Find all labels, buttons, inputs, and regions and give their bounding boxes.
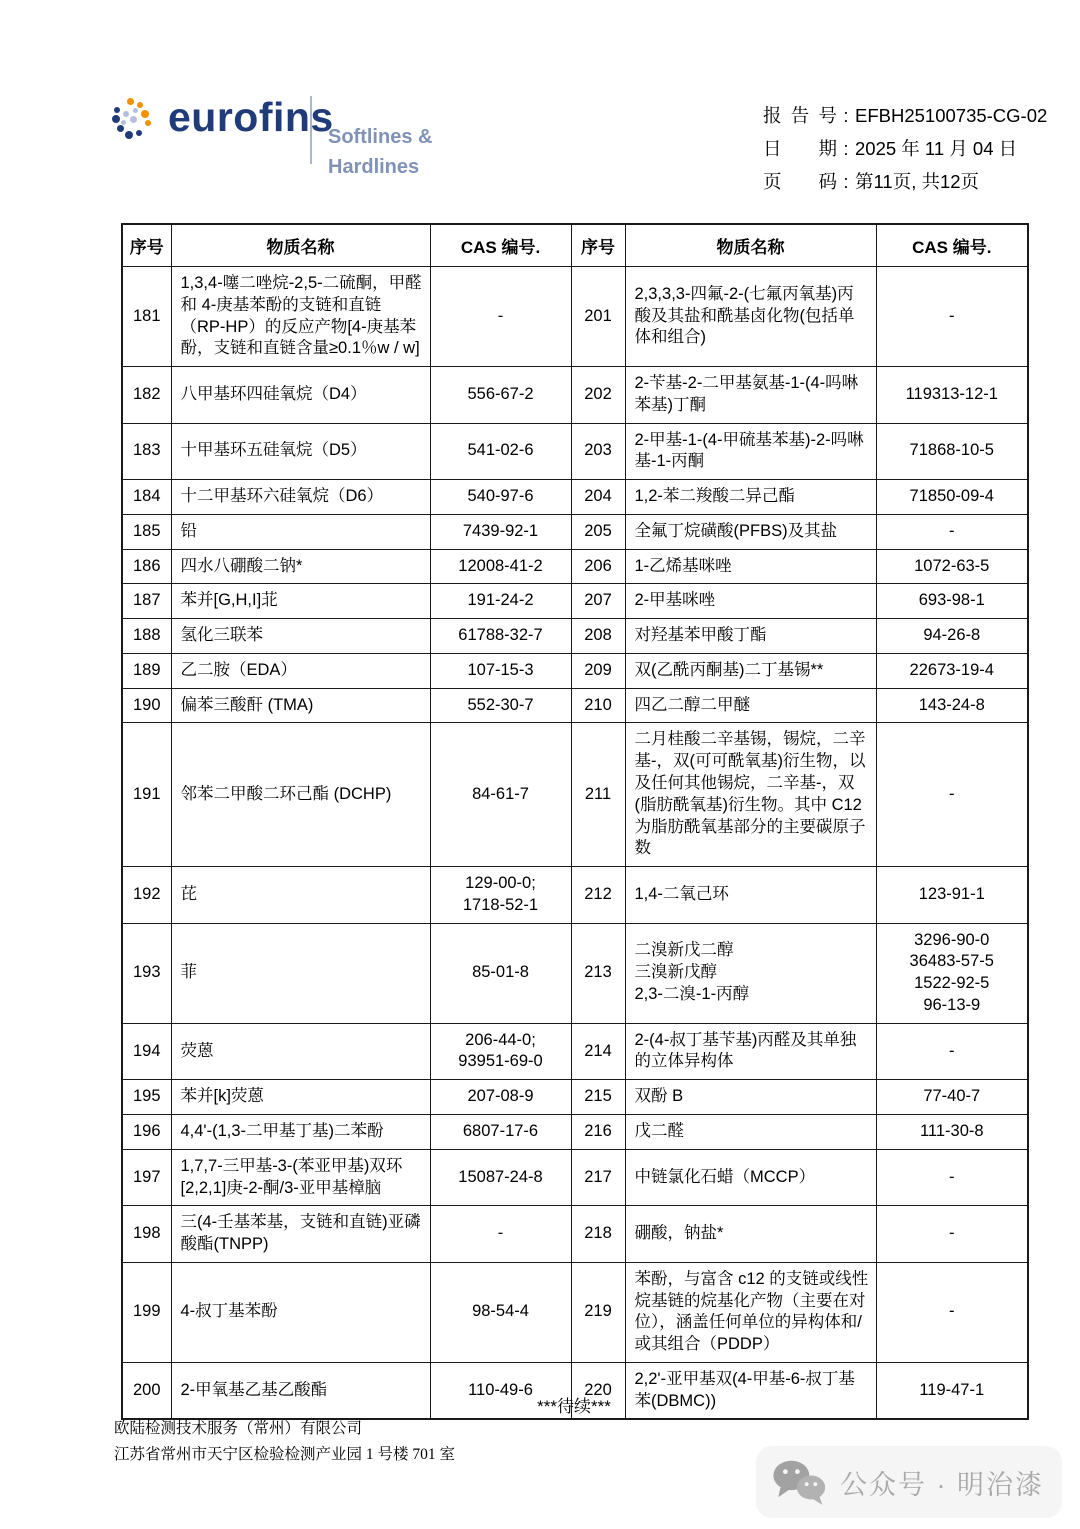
substance-name-cell: 二溴新戊二醇 三溴新戊醇 2,3-二溴-1-丙醇 [625, 923, 876, 1023]
cas-cell: 71850-09-4 [876, 480, 1028, 515]
substance-name-cell: 四乙二醇二甲醚 [625, 688, 876, 723]
cas-cell: 3296-90-0 36483-57-5 1522-92-5 96-13-9 [876, 923, 1028, 1023]
seq-cell: 189 [122, 653, 171, 688]
table-row: 181 1,3,4-噻二唑烷-2,5-二硫酮，甲醛和 4-庚基苯酚的支链和直链（… [122, 267, 1028, 367]
report-no-value: EFBH25100735-CG-02 [855, 103, 1047, 129]
cas-cell: 107-15-3 [430, 653, 571, 688]
seq-cell: 215 [571, 1080, 625, 1115]
table-row: 196 4,4'-(1,3-二甲基丁基)二苯酚 6807-17-6 216 戊二… [122, 1114, 1028, 1149]
substance-name-cell: 1,4-二氧己环 [625, 867, 876, 924]
cas-cell: 94-26-8 [876, 619, 1028, 654]
col-header-name-left: 物质名称 [171, 224, 430, 267]
cas-cell: 119313-12-1 [876, 367, 1028, 424]
table-row: 198 三(4-壬基苯基，支链和直链)亚磷酸酯(TNPP) - 218 硼酸，钠… [122, 1206, 1028, 1263]
table-row: 199 4-叔丁基苯酚 98-54-4 219 苯酚，与富含 c12 的支链或线… [122, 1262, 1028, 1362]
cas-cell: 6807-17-6 [430, 1114, 571, 1149]
seq-cell: 188 [122, 619, 171, 654]
substance-name-cell: 邻苯二甲酸二环己酯 (DCHP) [171, 723, 430, 867]
table-row: 194 荧蒽 206-44-0; 93951-69-0 214 2-(4-叔丁基… [122, 1023, 1028, 1080]
substance-name-cell: 4-叔丁基苯酚 [171, 1262, 430, 1362]
col-header-cas-left: CAS 编号. [430, 224, 571, 267]
cas-cell: 540-97-6 [430, 480, 571, 515]
table-row: 186 四水八硼酸二钠* 12008-41-2 206 1-乙烯基咪唑 1072… [122, 549, 1028, 584]
seq-cell: 212 [571, 867, 625, 924]
cas-cell: - [876, 514, 1028, 549]
cas-cell: 541-02-6 [430, 423, 571, 480]
col-header-name-right: 物质名称 [625, 224, 876, 267]
colon: : [837, 169, 855, 195]
substance-name-cell: 乙二胺（EDA） [171, 653, 430, 688]
report-info: 报告号 : EFBH25100735-CG-02 日期 : 2025 年 11 … [763, 103, 1047, 202]
seq-cell: 195 [122, 1080, 171, 1115]
table-row: 184 十二甲基环六硅氧烷（D6） 540-97-6 204 1,2-苯二羧酸二… [122, 480, 1028, 515]
table-row: 191 邻苯二甲酸二环己酯 (DCHP) 84-61-7 211 二月桂酸二辛基… [122, 723, 1028, 867]
seq-cell: 186 [122, 549, 171, 584]
seq-cell: 209 [571, 653, 625, 688]
cas-cell: 693-98-1 [876, 584, 1028, 619]
seq-cell: 198 [122, 1206, 171, 1263]
substance-name-cell: 十甲基环五硅氧烷（D5） [171, 423, 430, 480]
cas-cell: 12008-41-2 [430, 549, 571, 584]
seq-cell: 201 [571, 267, 625, 367]
substance-name-cell: 1,3,4-噻二唑烷-2,5-二硫酮，甲醛和 4-庚基苯酚的支链和直链（RP-H… [171, 267, 430, 367]
substance-name-cell: 对羟基苯甲酸丁酯 [625, 619, 876, 654]
cas-cell: 206-44-0; 93951-69-0 [430, 1023, 571, 1080]
substance-name-cell: 双酚 B [625, 1080, 876, 1115]
table-row: 193 菲 85-01-8 213 二溴新戊二醇 三溴新戊醇 2,3-二溴-1-… [122, 923, 1028, 1023]
cas-cell: 552-30-7 [430, 688, 571, 723]
cas-cell: - [430, 1206, 571, 1263]
seq-cell: 191 [122, 723, 171, 867]
logo-divider [310, 96, 312, 164]
cas-cell: 7439-92-1 [430, 514, 571, 549]
substance-name-cell: 十二甲基环六硅氧烷（D6） [171, 480, 430, 515]
page-row: 页码 : 第11页, 共12页 [763, 169, 1047, 195]
seq-cell: 194 [122, 1023, 171, 1080]
cas-cell: 129-00-0; 1718-52-1 [430, 867, 571, 924]
logo-division-label: Softlines & Hardlines [328, 122, 432, 182]
substance-name-cell: 中链氯化石蜡（MCCP） [625, 1149, 876, 1206]
substance-name-cell: 全氟丁烷磺酸(PFBS)及其盐 [625, 514, 876, 549]
substance-name-cell: 双(乙酰丙酮基)二丁基锡** [625, 653, 876, 688]
cas-cell: 98-54-4 [430, 1262, 571, 1362]
cas-cell: - [876, 267, 1028, 367]
substance-name-cell: 硼酸，钠盐* [625, 1206, 876, 1263]
seq-cell: 206 [571, 549, 625, 584]
seq-cell: 202 [571, 367, 625, 424]
seq-cell: 217 [571, 1149, 625, 1206]
colon: : [837, 136, 855, 162]
cas-cell: 143-24-8 [876, 688, 1028, 723]
table-row: 195 苯并[k]荧蒽 207-08-9 215 双酚 B 77-40-7 [122, 1080, 1028, 1115]
to-be-continued-note: ***待续*** [121, 1392, 1027, 1417]
cas-cell: 15087-24-8 [430, 1149, 571, 1206]
seq-cell: 183 [122, 423, 171, 480]
col-header-seq-left: 序号 [122, 224, 171, 267]
seq-cell: 205 [571, 514, 625, 549]
substance-name-cell: 苯酚，与富含 c12 的支链或线性烷基链的烷基化产物（主要在对位），涵盖任何单位… [625, 1262, 876, 1362]
substance-name-cell: 2-甲基咪唑 [625, 584, 876, 619]
wechat-watermark: 公众号 · 明治漆 [756, 1446, 1062, 1518]
colon: : [837, 103, 855, 129]
seq-cell: 214 [571, 1023, 625, 1080]
substance-name-cell: 四水八硼酸二钠* [171, 549, 430, 584]
seq-cell: 213 [571, 923, 625, 1023]
cas-cell: - [876, 723, 1028, 867]
table-row: 192 芘 129-00-0; 1718-52-1 212 1,4-二氧己环 1… [122, 867, 1028, 924]
page-label: 页码 [763, 169, 837, 195]
substance-name-cell: 菲 [171, 923, 430, 1023]
substance-name-cell: 2-苄基-2-二甲基氨基-1-(4-吗啉苯基)丁酮 [625, 367, 876, 424]
substance-name-cell: 1,7,7-三甲基-3-(苯亚甲基)双环[2,2,1]庚-2-酮/3-亚甲基樟脑 [171, 1149, 430, 1206]
footer-company-address: 江苏省常州市天宁区检验检测产业园 1 号楼 701 室 [114, 1442, 455, 1464]
seq-cell: 211 [571, 723, 625, 867]
report-no-label: 报告号 [763, 103, 837, 129]
seq-cell: 219 [571, 1262, 625, 1362]
seq-cell: 210 [571, 688, 625, 723]
seq-cell: 197 [122, 1149, 171, 1206]
seq-cell: 196 [122, 1114, 171, 1149]
substance-name-cell: 2,3,3,3-四氟-2-(七氟丙氧基)丙酸及其盐和酰基卤化物(包括单体和组合) [625, 267, 876, 367]
cas-cell: 1072-63-5 [876, 549, 1028, 584]
seq-cell: 184 [122, 480, 171, 515]
table-row: 189 乙二胺（EDA） 107-15-3 209 双(乙酰丙酮基)二丁基锡**… [122, 653, 1028, 688]
footer-company-name: 欧陆检测技术服务（常州）有限公司 [114, 1416, 362, 1438]
substance-name-cell: 2-甲基-1-(4-甲硫基苯基)-2-吗啉基-1-丙酮 [625, 423, 876, 480]
cas-cell: 22673-19-4 [876, 653, 1028, 688]
cas-cell: - [430, 267, 571, 367]
substance-name-cell: 芘 [171, 867, 430, 924]
cas-cell: 71868-10-5 [876, 423, 1028, 480]
seq-cell: 203 [571, 423, 625, 480]
substance-name-cell: 戊二醛 [625, 1114, 876, 1149]
substance-name-cell: 2-(4-叔丁基苄基)丙醛及其单独的立体异构体 [625, 1023, 876, 1080]
table-row: 183 十甲基环五硅氧烷（D5） 541-02-6 203 2-甲基-1-(4-… [122, 423, 1028, 480]
table-row: 188 氢化三联苯 61788-32-7 208 对羟基苯甲酸丁酯 94-26-… [122, 619, 1028, 654]
cas-cell: - [876, 1206, 1028, 1263]
cas-cell: 556-67-2 [430, 367, 571, 424]
seq-cell: 181 [122, 267, 171, 367]
cas-cell: 123-91-1 [876, 867, 1028, 924]
logo-wordmark: eurofins [168, 94, 334, 141]
cas-cell: 85-01-8 [430, 923, 571, 1023]
substance-rows: 181 1,3,4-噻二唑烷-2,5-二硫酮，甲醛和 4-庚基苯酚的支链和直链（… [122, 267, 1028, 1420]
seq-cell: 218 [571, 1206, 625, 1263]
table-row: 187 苯并[G,H,I]苝 191-24-2 207 2-甲基咪唑 693-9… [122, 584, 1028, 619]
substance-name-cell: 八甲基环四硅氧烷（D4） [171, 367, 430, 424]
col-header-cas-right: CAS 编号. [876, 224, 1028, 267]
seq-cell: 193 [122, 923, 171, 1023]
seq-cell: 204 [571, 480, 625, 515]
watermark-text: 公众号 · 明治漆 [840, 1463, 1044, 1502]
seq-cell: 190 [122, 688, 171, 723]
cas-cell: 191-24-2 [430, 584, 571, 619]
substance-name-cell: 二月桂酸二辛基锡，锡烷，二辛基-，双(可可酰氧基)衍生物，以及任何其他锡烷，二辛… [625, 723, 876, 867]
substance-name-cell: 铅 [171, 514, 430, 549]
table-row: 190 偏苯三酸酐 (TMA) 552-30-7 210 四乙二醇二甲醚 143… [122, 688, 1028, 723]
substance-name-cell: 荧蒽 [171, 1023, 430, 1080]
seq-cell: 199 [122, 1262, 171, 1362]
table-row: 197 1,7,7-三甲基-3-(苯亚甲基)双环[2,2,1]庚-2-酮/3-亚… [122, 1149, 1028, 1206]
cas-cell: - [876, 1023, 1028, 1080]
cas-cell: - [876, 1149, 1028, 1206]
substance-name-cell: 三(4-壬基苯基，支链和直链)亚磷酸酯(TNPP) [171, 1206, 430, 1263]
date-value: 2025 年 11 月 04 日 [855, 136, 1017, 162]
cas-cell: 111-30-8 [876, 1114, 1028, 1149]
substance-name-cell: 苯并[G,H,I]苝 [171, 584, 430, 619]
seq-cell: 216 [571, 1114, 625, 1149]
substance-name-cell: 1-乙烯基咪唑 [625, 549, 876, 584]
substance-name-cell: 偏苯三酸酐 (TMA) [171, 688, 430, 723]
report-page: eurofins Softlines & Hardlines 报告号 : EFB… [0, 0, 1080, 1529]
date-row: 日期 : 2025 年 11 月 04 日 [763, 136, 1047, 162]
substance-name-cell: 氢化三联苯 [171, 619, 430, 654]
table-row: 182 八甲基环四硅氧烷（D4） 556-67-2 202 2-苄基-2-二甲基… [122, 367, 1028, 424]
cas-cell: - [876, 1262, 1028, 1362]
col-header-seq-right: 序号 [571, 224, 625, 267]
seq-cell: 192 [122, 867, 171, 924]
seq-cell: 208 [571, 619, 625, 654]
page-value: 第11页, 共12页 [855, 169, 979, 195]
table-header-row: 序号 物质名称 CAS 编号. 序号 物质名称 CAS 编号. [122, 224, 1028, 267]
wechat-icon [770, 1458, 828, 1506]
cas-cell: 207-08-9 [430, 1080, 571, 1115]
table-row: 185 铅 7439-92-1 205 全氟丁烷磺酸(PFBS)及其盐 - [122, 514, 1028, 549]
cas-cell: 84-61-7 [430, 723, 571, 867]
seq-cell: 187 [122, 584, 171, 619]
cas-cell: 61788-32-7 [430, 619, 571, 654]
substance-table: 序号 物质名称 CAS 编号. 序号 物质名称 CAS 编号. 181 1,3,… [121, 223, 1029, 1420]
cas-cell: 77-40-7 [876, 1080, 1028, 1115]
date-label: 日期 [763, 136, 837, 162]
seq-cell: 207 [571, 584, 625, 619]
substance-name-cell: 苯并[k]荧蒽 [171, 1080, 430, 1115]
eurofins-dots-icon [112, 98, 160, 148]
seq-cell: 185 [122, 514, 171, 549]
substance-name-cell: 4,4'-(1,3-二甲基丁基)二苯酚 [171, 1114, 430, 1149]
seq-cell: 182 [122, 367, 171, 424]
substance-name-cell: 1,2-苯二羧酸二异己酯 [625, 480, 876, 515]
report-no-row: 报告号 : EFBH25100735-CG-02 [763, 103, 1047, 129]
